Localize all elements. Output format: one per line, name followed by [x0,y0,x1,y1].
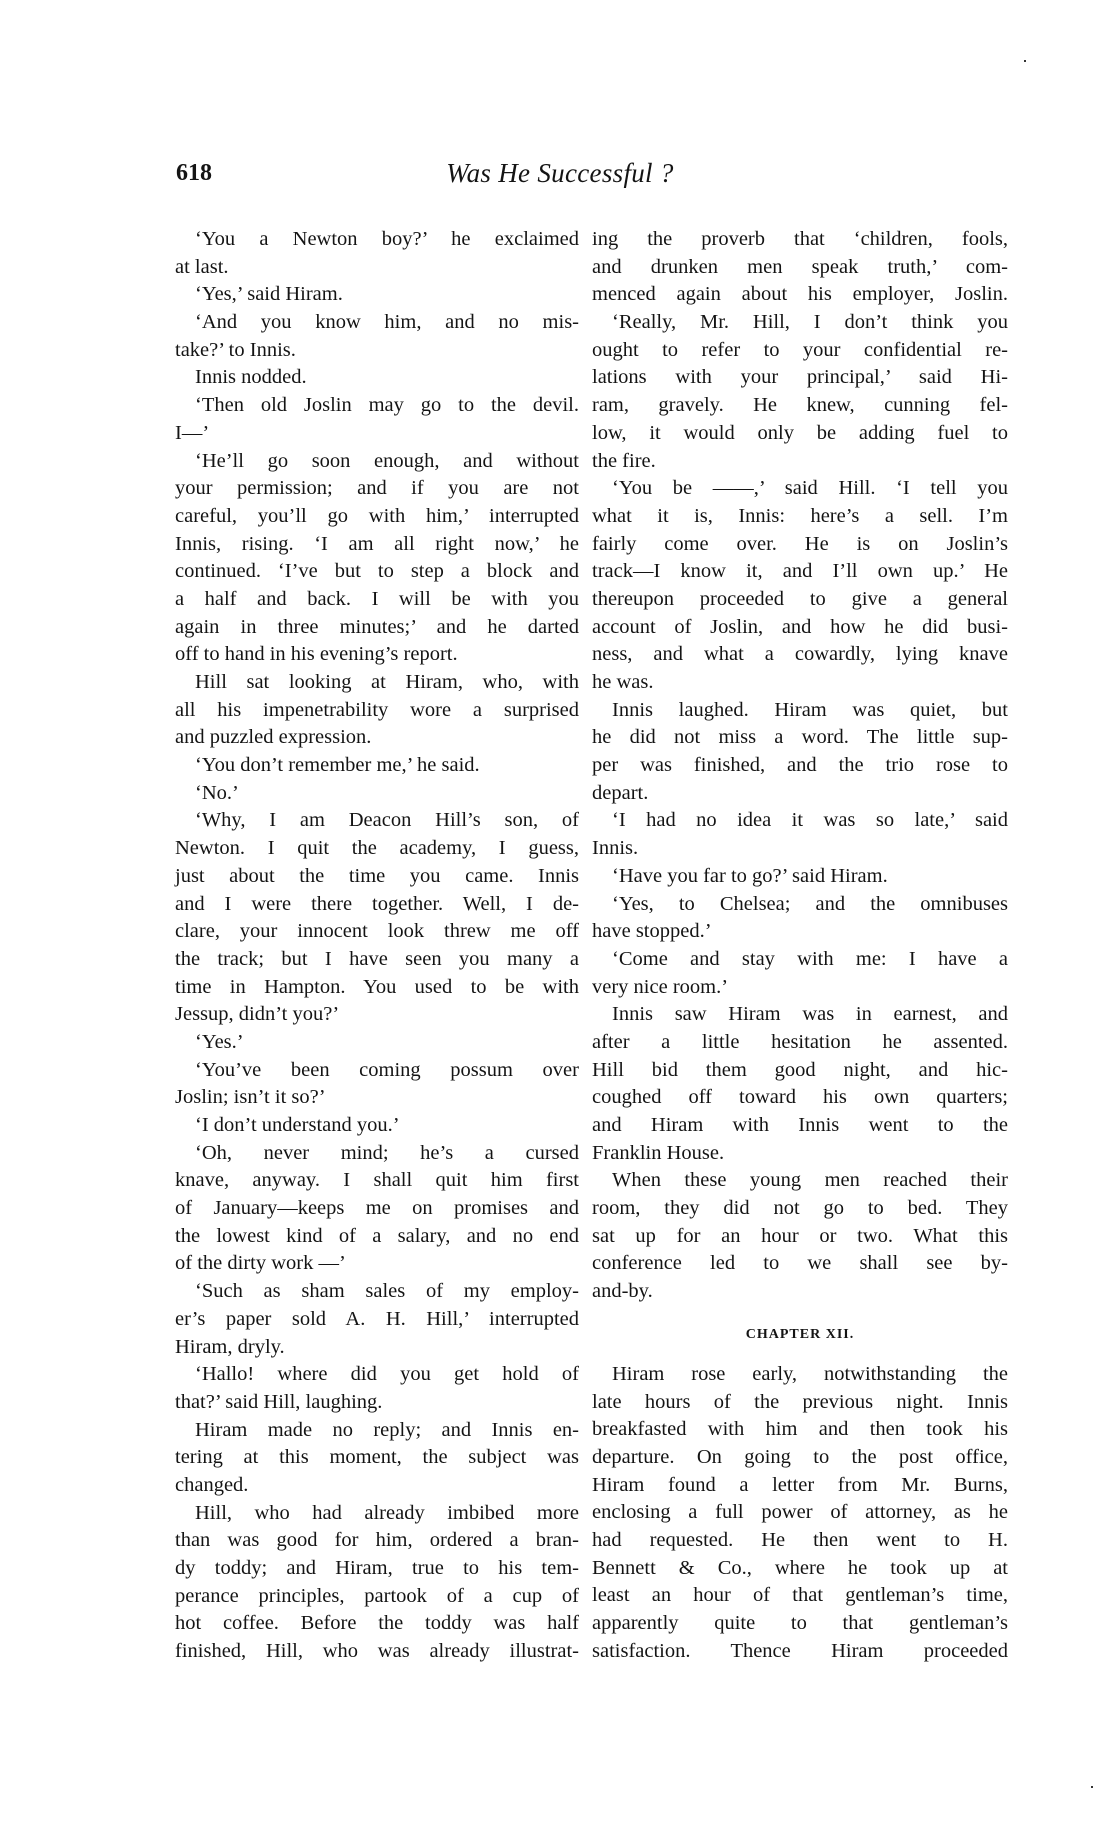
text-line: ‘Yes, to Chelsea; and the omnibuses [592,891,1008,919]
text-line: ‘Then old Joslin may go to the devil. [175,392,579,420]
text-line: ‘I don’t understand you.’ [175,1112,579,1140]
right-column: ing the proverb that ‘children, fools,an… [592,226,1008,1665]
text-line: Hiram, dryly. [175,1334,579,1362]
text-line: off to hand in his evening’s report. [175,641,579,669]
text-line: least an hour of that gentleman’s time, [592,1582,1008,1610]
text-line: ‘Oh, never mind; he’s a cursed [175,1140,579,1168]
text-line: sat up for an hour or two. What this [592,1223,1008,1251]
text-line: hot coffee. Before the toddy was half [175,1610,579,1638]
text-line: ‘You be ——,’ said Hill. ‘I tell you [592,475,1008,503]
text-line: ‘Come and stay with me: I have a [592,946,1008,974]
text-line: of January—keeps me on promises and [175,1195,579,1223]
scan-speck [1024,60,1026,62]
text-line: ‘Why, I am Deacon Hill’s son, of [175,807,579,835]
text-line: at last. [175,254,579,282]
text-line: and I were there together. Well, I de- [175,891,579,919]
text-line: had requested. He then went to H. [592,1527,1008,1555]
running-title: Was He Successful ? [330,158,790,189]
text-line: ‘You a Newton boy?’ he exclaimed [175,226,579,254]
text-line: breakfasted with him and then took his [592,1416,1008,1444]
text-line: Hiram found a letter from Mr. Burns, [592,1472,1008,1500]
text-line: ‘And you know him, and no mis- [175,309,579,337]
text-line: time in Hampton. You used to be with [175,974,579,1002]
text-line: I—’ [175,420,579,448]
text-line: ‘No.’ [175,780,579,808]
text-line: what it is, Innis: here’s a sell. I’m [592,503,1008,531]
scan-speck [1091,1786,1093,1788]
chapter-heading: CHAPTER XII. [592,1306,1008,1361]
text-line: and-by. [592,1278,1008,1306]
text-line: per was finished, and the trio rose to [592,752,1008,780]
text-line: a half and back. I will be with you [175,586,579,614]
text-line: ‘Such as sham sales of my employ- [175,1278,579,1306]
text-line: ‘Hallo! where did you get hold of [175,1361,579,1389]
text-line: finished, Hill, who was already illustra… [175,1638,579,1666]
text-line: ‘Have you far to go?’ said Hiram. [592,863,1008,891]
text-line: the fire. [592,448,1008,476]
text-line: ‘I had no idea it was so late,’ said [592,807,1008,835]
text-line: and Hiram with Innis went to the [592,1112,1008,1140]
page-number: 618 [176,160,212,187]
text-line: late hours of the previous night. Innis [592,1389,1008,1417]
text-line: satisfaction. Thence Hiram proceeded [592,1638,1008,1666]
text-line: ing the proverb that ‘children, fools, [592,226,1008,254]
text-line: coughed off toward his own quarters; [592,1084,1008,1112]
text-line: ‘Yes,’ said Hiram. [175,281,579,309]
text-line: lations with your principal,’ said Hi- [592,364,1008,392]
text-line: of the dirty work —’ [175,1250,579,1278]
text-line: fairly come over. He is on Joslin’s [592,531,1008,559]
text-line: take?’ to Innis. [175,337,579,365]
text-line: tering at this moment, the subject was [175,1444,579,1472]
text-line: Innis laughed. Hiram was quiet, but [592,697,1008,725]
text-line: dy toddy; and Hiram, true to his tem- [175,1555,579,1583]
text-line: track—I know it, and I’ll own up.’ He [592,558,1008,586]
text-line: depart. [592,780,1008,808]
text-line: Franklin House. [592,1140,1008,1168]
text-line: clare, your innocent look threw me off [175,918,579,946]
text-line: menced again about his employer, Joslin. [592,281,1008,309]
text-line: and puzzled expression. [175,724,579,752]
text-line: ‘You’ve been coming possum over [175,1057,579,1085]
text-line: the lowest kind of a salary, and no end [175,1223,579,1251]
text-line: careful, you’ll go with him,’ interrupte… [175,503,579,531]
text-line: after a little hesitation he assented. [592,1029,1008,1057]
text-line: When these young men reached their [592,1167,1008,1195]
text-line: he was. [592,669,1008,697]
text-line: and drunken men speak truth,’ com- [592,254,1008,282]
text-line: account of Joslin, and how he did busi- [592,614,1008,642]
text-line: Hill sat looking at Hiram, who, with [175,669,579,697]
text-line: Hill bid them good night, and hic- [592,1057,1008,1085]
text-line: ‘Really, Mr. Hill, I don’t think you [592,309,1008,337]
text-line: your permission; and if you are not [175,475,579,503]
text-line: Newton. I quit the academy, I guess, [175,835,579,863]
text-line: continued. ‘I’ve but to step a block and [175,558,579,586]
text-line: enclosing a full power of attorney, as h… [592,1499,1008,1527]
text-line: than was good for him, ordered a bran- [175,1527,579,1555]
text-line: all his impenetrability wore a surprised [175,697,579,725]
text-line: thereupon proceeded to give a general [592,586,1008,614]
text-line: Hiram made no reply; and Innis en- [175,1417,579,1445]
text-line: again in three minutes;’ and he darted [175,614,579,642]
text-line: Innis nodded. [175,364,579,392]
text-line: the track; but I have seen you many a [175,946,579,974]
text-line: departure. On going to the post office, [592,1444,1008,1472]
text-line: apparently quite to that gentleman’s [592,1610,1008,1638]
text-line: just about the time you came. Innis [175,863,579,891]
text-line: er’s paper sold A. H. Hill,’ interrupted [175,1306,579,1334]
text-line: Innis, rising. ‘I am all right now,’ he [175,531,579,559]
text-line: changed. [175,1472,579,1500]
text-line: ‘He’ll go soon enough, and without [175,448,579,476]
text-line: ram, gravely. He knew, cunning fel- [592,392,1008,420]
text-line: that?’ said Hill, laughing. [175,1389,579,1417]
text-line: Hiram rose early, notwithstanding the [592,1361,1008,1389]
text-line: he did not miss a word. The little sup- [592,724,1008,752]
left-column: ‘You a Newton boy?’ he exclaimedat last.… [175,226,579,1666]
text-line: Joslin; isn’t it so?’ [175,1084,579,1112]
text-line: perance principles, partook of a cup of [175,1583,579,1611]
text-line: knave, anyway. I shall quit him first [175,1167,579,1195]
text-line: ‘Yes.’ [175,1029,579,1057]
text-line: Innis saw Hiram was in earnest, and [592,1001,1008,1029]
text-line: ought to refer to your confidential re- [592,337,1008,365]
text-line: low, it would only be adding fuel to [592,420,1008,448]
text-line: Hill, who had already imbibed more [175,1500,579,1528]
text-line: room, they did not go to bed. They [592,1195,1008,1223]
text-line: Jessup, didn’t you?’ [175,1001,579,1029]
text-line: Bennett & Co., where he took up at [592,1555,1008,1583]
text-line: ness, and what a cowardly, lying knave [592,641,1008,669]
text-line: conference led to we shall see by- [592,1250,1008,1278]
text-line: have stopped.’ [592,918,1008,946]
text-line: very nice room.’ [592,974,1008,1002]
text-line: ‘You don’t remember me,’ he said. [175,752,579,780]
text-line: Innis. [592,835,1008,863]
